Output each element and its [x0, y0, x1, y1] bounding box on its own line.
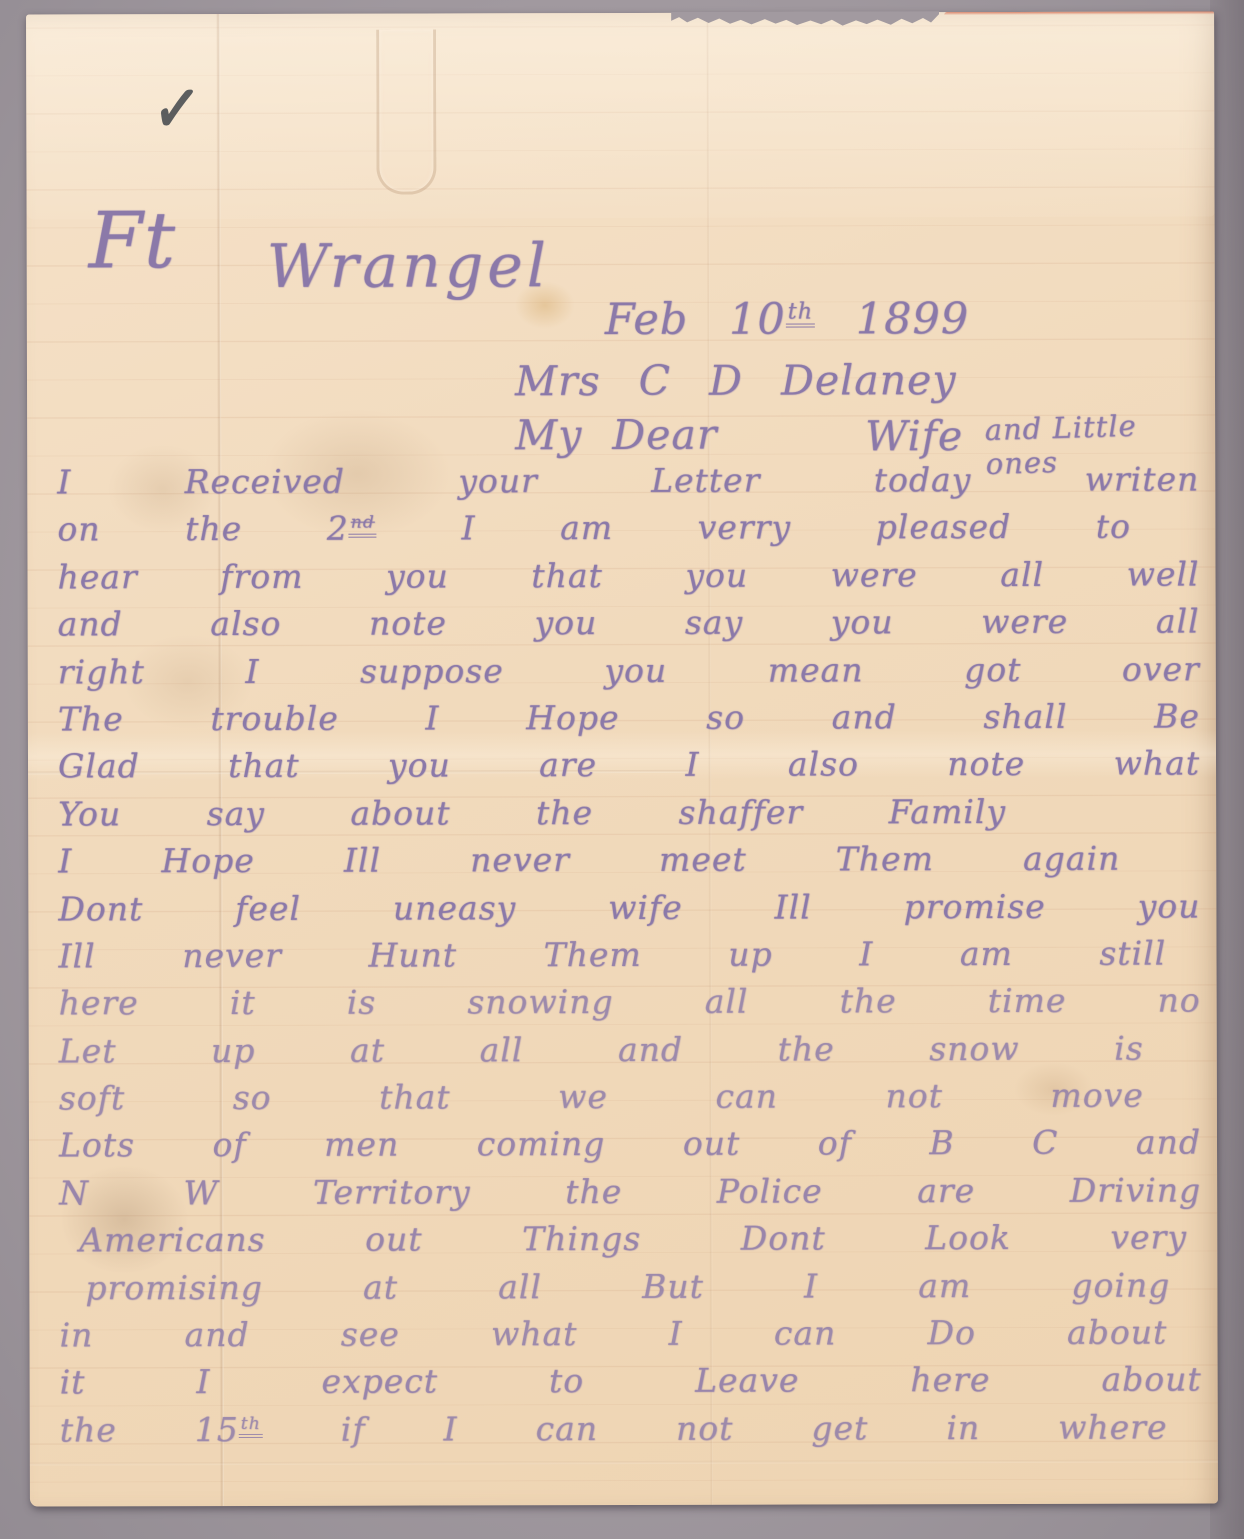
letter-line: I Received your Letter today writen: [57, 459, 1199, 509]
letter-recipient: Mrs C D Delaney: [515, 356, 957, 405]
letter-line: The trouble I Hope so and shall Be: [58, 696, 1200, 746]
line-text: Ill never Hunt Them up I am still: [58, 933, 1166, 975]
letter-salutation: My Dear Wife and Little ones: [27, 409, 1215, 462]
letter-line: it I expect to Leave here about: [60, 1360, 1202, 1410]
date-year: 1899: [856, 294, 970, 344]
letter-line: N W Territory the Police are Driving: [59, 1170, 1201, 1220]
letter-line: Ill never Hunt Them up I am still: [58, 933, 1166, 983]
letter-line: here it is snowing all the time no: [59, 981, 1201, 1031]
handwriting-layer: Ft Wrangel Feb 10th 1899 Mrs C D Delaney…: [26, 11, 1218, 1506]
line-text: right I suppose you mean got over: [58, 649, 1200, 691]
letter-line: hear from you that you were all well: [57, 554, 1199, 604]
salutation-name: Wife: [865, 412, 963, 460]
line-text: here it is snowing all the time no: [59, 981, 1201, 1023]
line-text: N W Territory the Police are Driving: [59, 1170, 1201, 1212]
letter-location-name: Wrangel: [267, 231, 550, 302]
date-day: Feb 10: [605, 295, 786, 345]
line-text: in and see what I can Do about: [59, 1313, 1167, 1355]
letter-line: on the 2nd I am verry pleased to: [57, 507, 1131, 557]
letter-line: soft so that we can not move: [59, 1076, 1144, 1126]
line-text: Glad that you are I also note what: [58, 744, 1200, 786]
letter-line: Let up at all and the snow is: [59, 1028, 1144, 1078]
line-text: Let up at all and the snow is: [59, 1028, 1144, 1070]
line-text: Dont feel uneasy wife Ill promise you: [58, 886, 1200, 928]
line-text: on the 2: [57, 509, 348, 549]
line-text: if I can not get in where: [341, 1407, 1168, 1448]
letter-date: Feb 10th 1899: [605, 294, 969, 345]
line-text: Americans out Things Dont Look very: [79, 1218, 1187, 1260]
line-ordinal: th: [239, 1416, 263, 1438]
line-text: I Hope Ill never meet Them again: [58, 839, 1120, 881]
line-text: The trouble I Hope so and shall Be: [58, 696, 1200, 738]
line-text: You say about the shaffer Family: [58, 792, 1006, 833]
letter-line: promising at all But I am going: [59, 1265, 1170, 1315]
line-text: it I expect to Leave here about: [60, 1360, 1202, 1402]
letter-line: I Hope Ill never meet Them again: [58, 839, 1120, 889]
line-text: I Received your Letter today writen: [57, 459, 1199, 501]
line-text: and also note you say you were all: [58, 602, 1200, 644]
letter-paper-sheet: ✓ Ft Wrangel Feb 10th 1899 Mrs C D Delan…: [26, 11, 1218, 1506]
line-text: hear from you that you were all well: [57, 554, 1199, 596]
salutation-lead: My Dear: [515, 411, 717, 460]
line-text: soft so that we can not move: [59, 1076, 1144, 1118]
letter-body: I Received your Letter today writen on t…: [57, 459, 1202, 1457]
letter-line: Glad that you are I also note what: [58, 744, 1200, 794]
letter-line: You say about the shaffer Family: [58, 792, 1006, 842]
letter-line: Lots of men coming out of B C and: [59, 1123, 1201, 1173]
line-ordinal: nd: [349, 515, 377, 537]
line-text: the 15: [60, 1410, 239, 1449]
letter-line: Americans out Things Dont Look very: [59, 1218, 1187, 1268]
letter-line: right I suppose you mean got over: [58, 649, 1200, 699]
letter-line: in and see what I can Do about: [59, 1313, 1167, 1363]
line-text: Lots of men coming out of B C and: [59, 1123, 1201, 1165]
letter-line: and also note you say you were all: [58, 602, 1200, 652]
letter-line: Dont feel uneasy wife Ill promise you: [58, 886, 1200, 936]
line-text: I am verry pleased to: [461, 507, 1131, 548]
date-ordinal: th: [786, 300, 815, 327]
line-text: promising at all But I am going: [85, 1265, 1170, 1307]
letter-location-initials: Ft: [89, 196, 177, 286]
letter-line: the 15th if I can not get in where: [60, 1407, 1168, 1457]
